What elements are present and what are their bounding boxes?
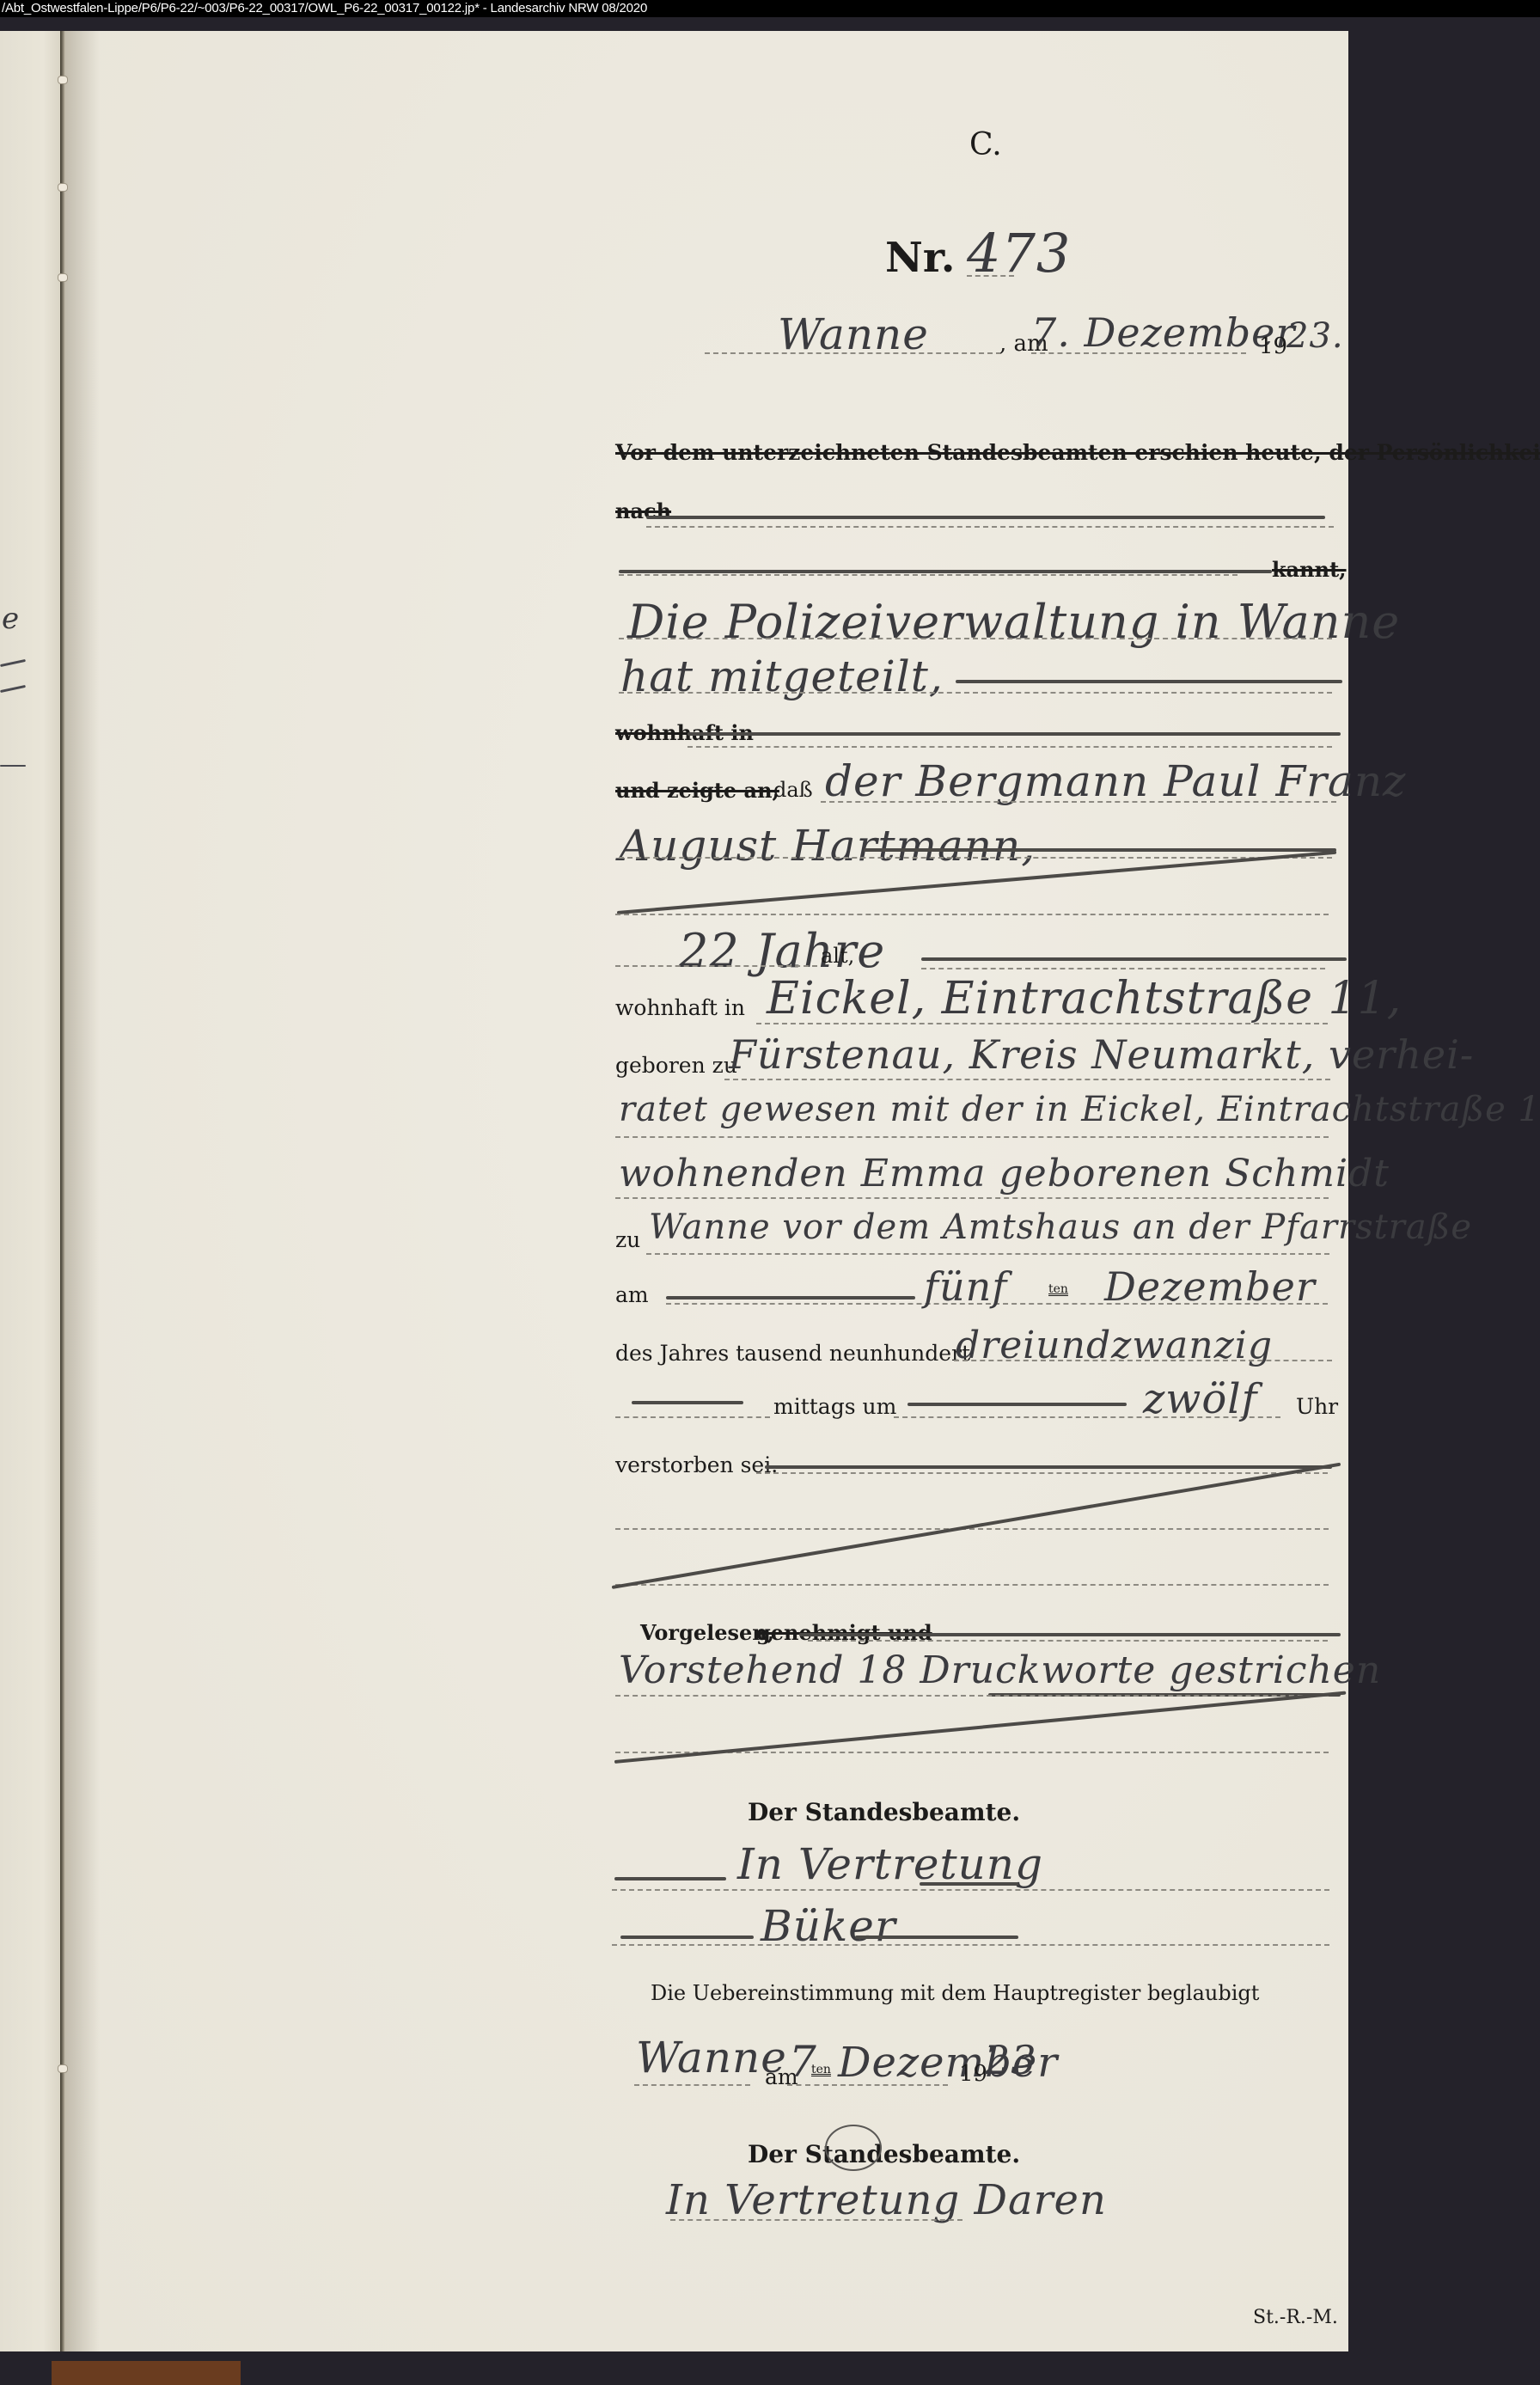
dotted-line xyxy=(615,1416,770,1418)
certification-text: Die Uebereinstimmung mit dem Hauptregist… xyxy=(651,1981,1259,2005)
strike-bar xyxy=(920,1882,1018,1886)
strike-bar xyxy=(907,1403,1127,1406)
residence-value: Eickel, Eintrachtstraße 11, xyxy=(767,973,1402,1024)
born-line-3: wohnenden Emma geborenen Schmidt xyxy=(619,1152,1390,1196)
number-label: Nr. xyxy=(885,234,955,282)
gutter-shadow xyxy=(65,31,100,2351)
dotted-line xyxy=(756,1023,1328,1024)
time-value: zwölf xyxy=(1143,1375,1257,1423)
strike-bar xyxy=(646,516,1325,519)
dotted-line xyxy=(615,914,1329,915)
window-title-bar: /Abt_Ostwestfalen-Lippe/P6/P6-22/~003/P6… xyxy=(0,0,1540,17)
dotted-line xyxy=(615,1528,1329,1530)
cert-year-suffix: 23 xyxy=(985,2037,1037,2083)
window-title: /Abt_Ostwestfalen-Lippe/P6/P6-22/~003/P6… xyxy=(2,1,647,15)
dotted-line xyxy=(646,526,1334,528)
registrar-sig-line-2: Büker xyxy=(761,1901,896,1951)
strike-bar xyxy=(619,570,1272,573)
form-letter: C. xyxy=(969,127,1002,162)
vorgelesen-label: Vorgelesen, xyxy=(640,1620,774,1645)
uhr-label: Uhr xyxy=(1296,1394,1338,1419)
strike-bar xyxy=(956,680,1342,683)
dotted-line xyxy=(615,1584,1329,1586)
header-year-suffix: 23. xyxy=(1286,316,1344,356)
strike-bar xyxy=(666,1296,915,1300)
strike-bar xyxy=(620,1936,754,1939)
dotted-line xyxy=(619,692,1332,694)
dotted-line xyxy=(615,1197,1329,1199)
dotted-line xyxy=(646,1253,1329,1255)
dotted-line xyxy=(670,2219,962,2221)
dotted-line xyxy=(687,746,1332,748)
deceased-line-1: der Bergmann Paul Franz xyxy=(825,756,1406,806)
month-value: Dezember xyxy=(1104,1263,1316,1310)
place-label: zu xyxy=(615,1227,640,1252)
number-underline xyxy=(967,275,1014,277)
strike-bar xyxy=(632,1401,743,1404)
informant-line-1: Die Polizeiverwaltung in Wanne xyxy=(627,595,1400,649)
header-date: 7. Dezember xyxy=(1031,309,1295,356)
dotted-line xyxy=(612,1944,1329,1946)
dotted-line xyxy=(612,1889,1329,1891)
book-cover-edge xyxy=(52,2361,241,2385)
left-margin-stroke xyxy=(0,765,26,767)
born-line-2: ratet gewesen mit der in Eickel, Eintrac… xyxy=(619,1090,1540,1129)
cert-year-prefix: 19 xyxy=(959,2061,987,2087)
year-label: des Jahres tausend neunhundert xyxy=(615,1341,970,1366)
kannt-label: kannt, xyxy=(1272,557,1347,582)
header-date-line xyxy=(1031,352,1246,354)
strike-bar xyxy=(614,1877,726,1880)
binding-stitch xyxy=(58,183,68,192)
correction-note: Vorstehend 18 Druckworte gestrichen xyxy=(619,1648,1381,1692)
strike-bar xyxy=(687,732,1341,736)
verstorben-label: verstorben sei. xyxy=(615,1452,778,1477)
und-zeigte-an-label: und zeigte an, xyxy=(615,778,779,803)
mittags-label: mittags um xyxy=(773,1394,896,1419)
dotted-line xyxy=(619,574,1237,576)
left-page-edge xyxy=(0,31,62,2351)
dotted-line xyxy=(921,968,1325,969)
dotted-line xyxy=(954,1360,1332,1361)
dotted-line xyxy=(615,965,817,967)
dotted-line xyxy=(832,2084,948,2086)
am-label: am xyxy=(615,1282,649,1307)
dass-label: daß xyxy=(773,778,813,802)
dotted-line xyxy=(615,1695,1329,1697)
dotted-line xyxy=(821,801,1336,803)
strike-bar xyxy=(921,957,1347,961)
cert-day: 7 xyxy=(789,2037,817,2087)
dotted-line xyxy=(724,1079,1330,1080)
informant-line-2: hat mitgeteilt, xyxy=(620,651,944,701)
strike-bar xyxy=(799,1633,1341,1636)
day-suffix: ten xyxy=(1048,1282,1068,1296)
residence-label: wohnhaft in xyxy=(615,995,745,1020)
binding-stitch xyxy=(58,273,68,282)
header-place-line xyxy=(705,352,1001,354)
dotted-line xyxy=(634,2084,750,2086)
cert-day-suffix: ten xyxy=(811,2063,831,2076)
nach-label: nach xyxy=(615,498,671,523)
deceased-line-2: August Hartmann, xyxy=(619,821,1036,871)
dotted-line xyxy=(615,1136,1329,1138)
preamble-struck: Vor dem unterzeichneten Standesbeamten e… xyxy=(615,440,1540,465)
strike-bar xyxy=(765,1465,1332,1469)
cert-signature: In Vertretung Daren xyxy=(666,2176,1107,2224)
header-year-prefix: 19 xyxy=(1259,333,1287,359)
dotted-line xyxy=(808,1640,1328,1642)
form-code: St.-R.-M. xyxy=(1253,2307,1338,2328)
left-margin-fragment: e xyxy=(2,602,20,636)
registrar-title-2: Der Standesbeamte. xyxy=(748,2140,1020,2168)
stamp-circle xyxy=(825,2125,882,2171)
registrar-title-1: Der Standesbeamte. xyxy=(748,1798,1020,1826)
binding-stitch xyxy=(58,76,68,84)
dotted-line xyxy=(619,857,1332,859)
strike-bar xyxy=(855,1936,1018,1939)
day-value: fünf xyxy=(924,1263,1007,1310)
strike-bar xyxy=(864,848,1336,852)
binding-stitch xyxy=(58,2064,68,2073)
alt-label: alt, xyxy=(821,944,854,968)
born-line-1: Fürstenau, Kreis Neumarkt, verhei- xyxy=(729,1031,1474,1078)
born-label: geboren zu xyxy=(615,1053,737,1078)
dotted-line xyxy=(619,638,1332,639)
dotted-line xyxy=(756,1472,1328,1474)
place-value: Wanne vor dem Amtshaus an der Pfarrstraß… xyxy=(649,1208,1472,1247)
dotted-line xyxy=(787,2084,828,2086)
